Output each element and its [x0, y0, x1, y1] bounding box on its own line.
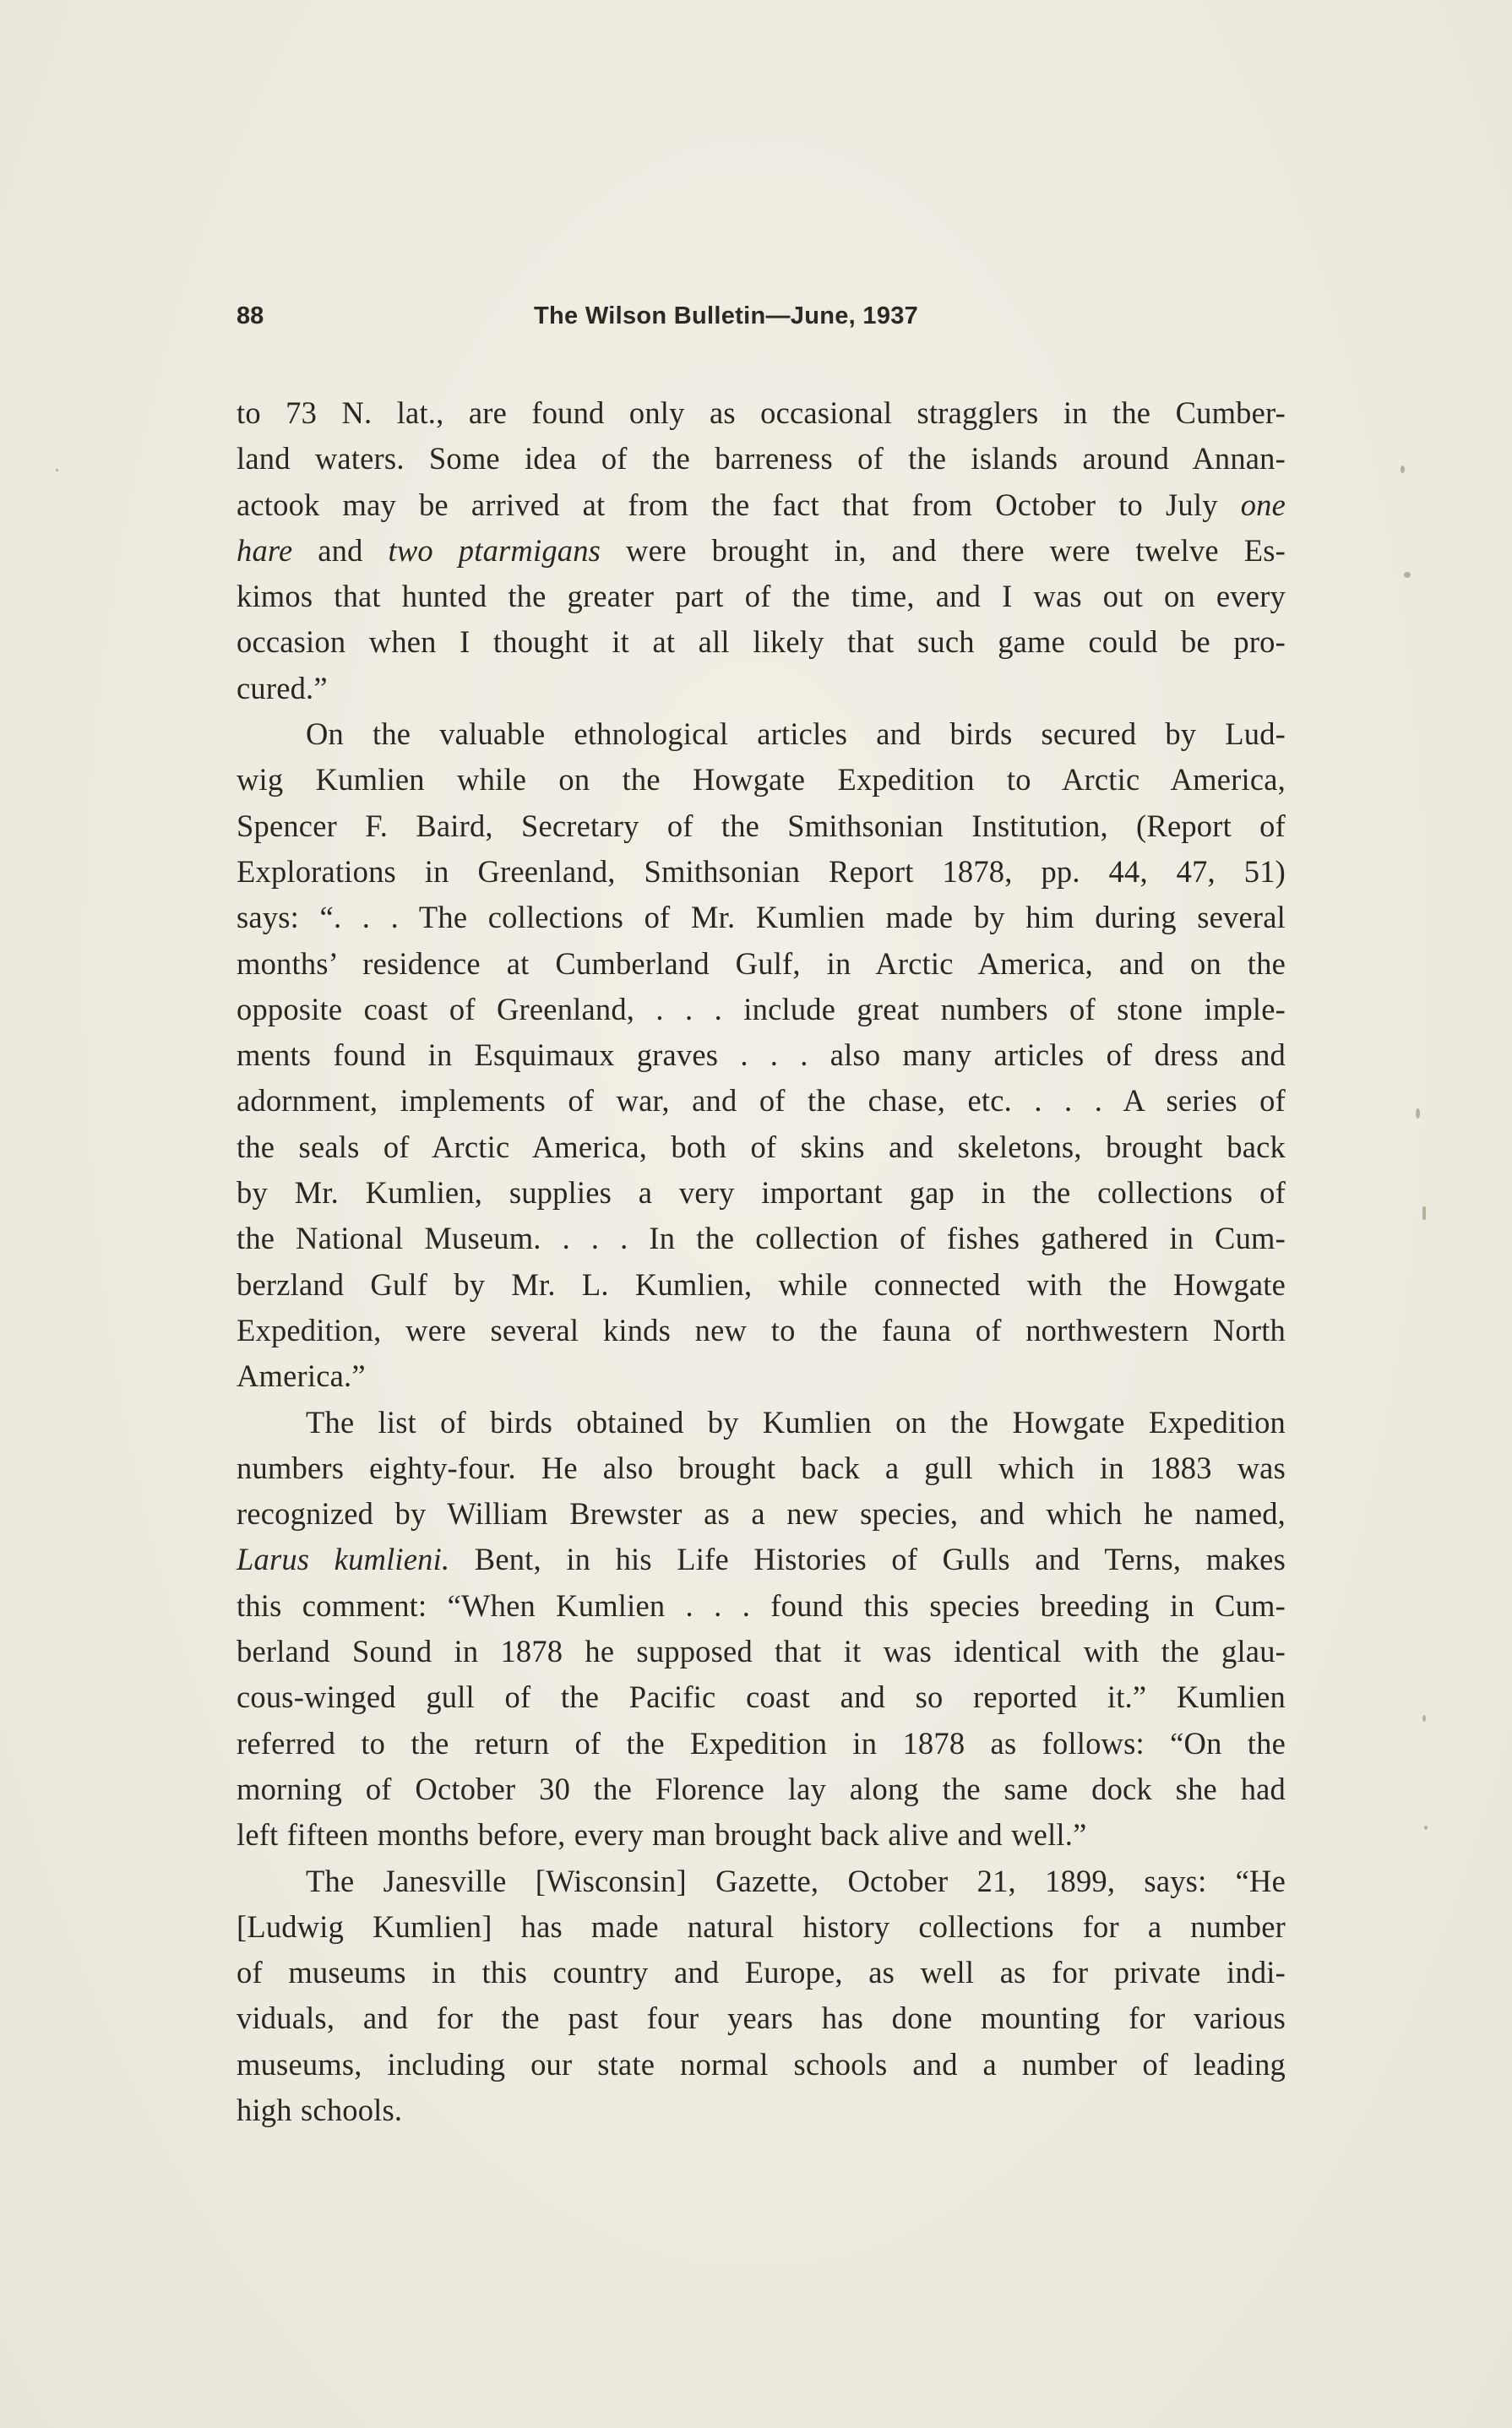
text-line: museums, including our state normal scho… — [237, 2042, 1286, 2088]
italic-text: one — [1241, 487, 1286, 522]
journal-title: The Wilson Bulletin—June, 1937 — [534, 302, 918, 330]
text-line: occasion when I thought it at all likely… — [237, 619, 1286, 665]
text-line: berland Sound in 1878 he supposed that i… — [237, 1629, 1286, 1674]
text-line: months’ residence at Cumberland Gulf, in… — [237, 941, 1286, 987]
article-body: to 73 N. lat., are found only as occasio… — [237, 390, 1286, 2133]
text-line: On the valuable ethnological articles an… — [237, 711, 1286, 757]
text-line: to 73 N. lat., are found only as occasio… — [237, 390, 1286, 436]
paragraph-p2: On the valuable ethnological articles an… — [237, 711, 1286, 1399]
paragraph-p3: The list of birds obtained by Kumlien on… — [237, 1400, 1286, 1859]
text-line: [Ludwig Kumlien] has made natural histor… — [237, 1904, 1286, 1950]
text-line: America.” — [237, 1353, 1286, 1399]
paper-speck — [1416, 1108, 1420, 1119]
paper-speck — [1422, 1715, 1426, 1722]
text-line: The list of birds obtained by Kumlien on… — [237, 1400, 1286, 1445]
text-line: The Janesville [Wisconsin] Gazette, Octo… — [237, 1859, 1286, 1904]
text-line: Larus kumlieni. Bent, in his Life Histor… — [237, 1537, 1286, 1582]
text-line: adornment, implements of war, and of the… — [237, 1078, 1286, 1124]
text-line: by Mr. Kumlien, supplies a very importan… — [237, 1170, 1286, 1216]
text-line: morning of October 30 the Florence lay a… — [237, 1767, 1286, 1812]
text-line: numbers eighty-four. He also brought bac… — [237, 1445, 1286, 1491]
text-line: hare and two ptarmigans were brought in,… — [237, 528, 1286, 574]
paragraph-p1: to 73 N. lat., are found only as occasio… — [237, 390, 1286, 711]
text-line: left fifteen months before, every man br… — [237, 1812, 1286, 1858]
text-line: of museums in this country and Europe, a… — [237, 1950, 1286, 1995]
text-line: opposite coast of Greenland, . . . inclu… — [237, 987, 1286, 1032]
running-head: 88 The Wilson Bulletin—June, 1937 — [237, 302, 1284, 336]
text-line: this comment: “When Kumlien . . . found … — [237, 1583, 1286, 1629]
text-line: Explorations in Greenland, Smithsonian R… — [237, 849, 1286, 895]
italic-text: Larus kumlieni. — [237, 1542, 449, 1576]
text-line: viduals, and for the past four years has… — [237, 1995, 1286, 2041]
text-line: wig Kumlien while on the Howgate Expedit… — [237, 757, 1286, 803]
text-line: high schools. — [237, 2088, 1286, 2133]
text-line: kimos that hunted the greater part of th… — [237, 574, 1286, 619]
text-line: berzland Gulf by Mr. L. Kumlien, while c… — [237, 1262, 1286, 1308]
italic-text: two ptarmigans — [389, 533, 601, 568]
text-line: cous-winged gull of the Pacific coast an… — [237, 1674, 1286, 1720]
paper-speck — [1404, 572, 1411, 578]
paragraph-p4: The Janesville [Wisconsin] Gazette, Octo… — [237, 1859, 1286, 2134]
text-line: land waters. Some idea of the barreness … — [237, 436, 1286, 482]
paper-speck — [56, 469, 58, 471]
text-line: the seals of Arctic America, both of ski… — [237, 1124, 1286, 1170]
text-line: says: “. . . The collections of Mr. Kuml… — [237, 895, 1286, 940]
text-line: referred to the return of the Expedition… — [237, 1721, 1286, 1767]
text-line: ments found in Esquimaux graves . . . al… — [237, 1032, 1286, 1078]
page-number: 88 — [237, 302, 264, 330]
text-line: actook may be arrived at from the fact t… — [237, 482, 1286, 528]
text-line: the National Museum. . . . In the collec… — [237, 1216, 1286, 1261]
scanned-page: 88 The Wilson Bulletin—June, 1937 to 73 … — [0, 0, 1512, 2428]
text-line: cured.” — [237, 666, 1286, 711]
paper-speck — [1422, 1206, 1426, 1220]
paper-speck — [1401, 465, 1405, 473]
italic-text: hare — [237, 533, 292, 568]
text-line: Expedition, were several kinds new to th… — [237, 1308, 1286, 1353]
paper-speck — [1424, 1826, 1428, 1830]
text-line: Spencer F. Baird, Secretary of the Smith… — [237, 803, 1286, 849]
text-line: recognized by William Brewster as a new … — [237, 1491, 1286, 1537]
